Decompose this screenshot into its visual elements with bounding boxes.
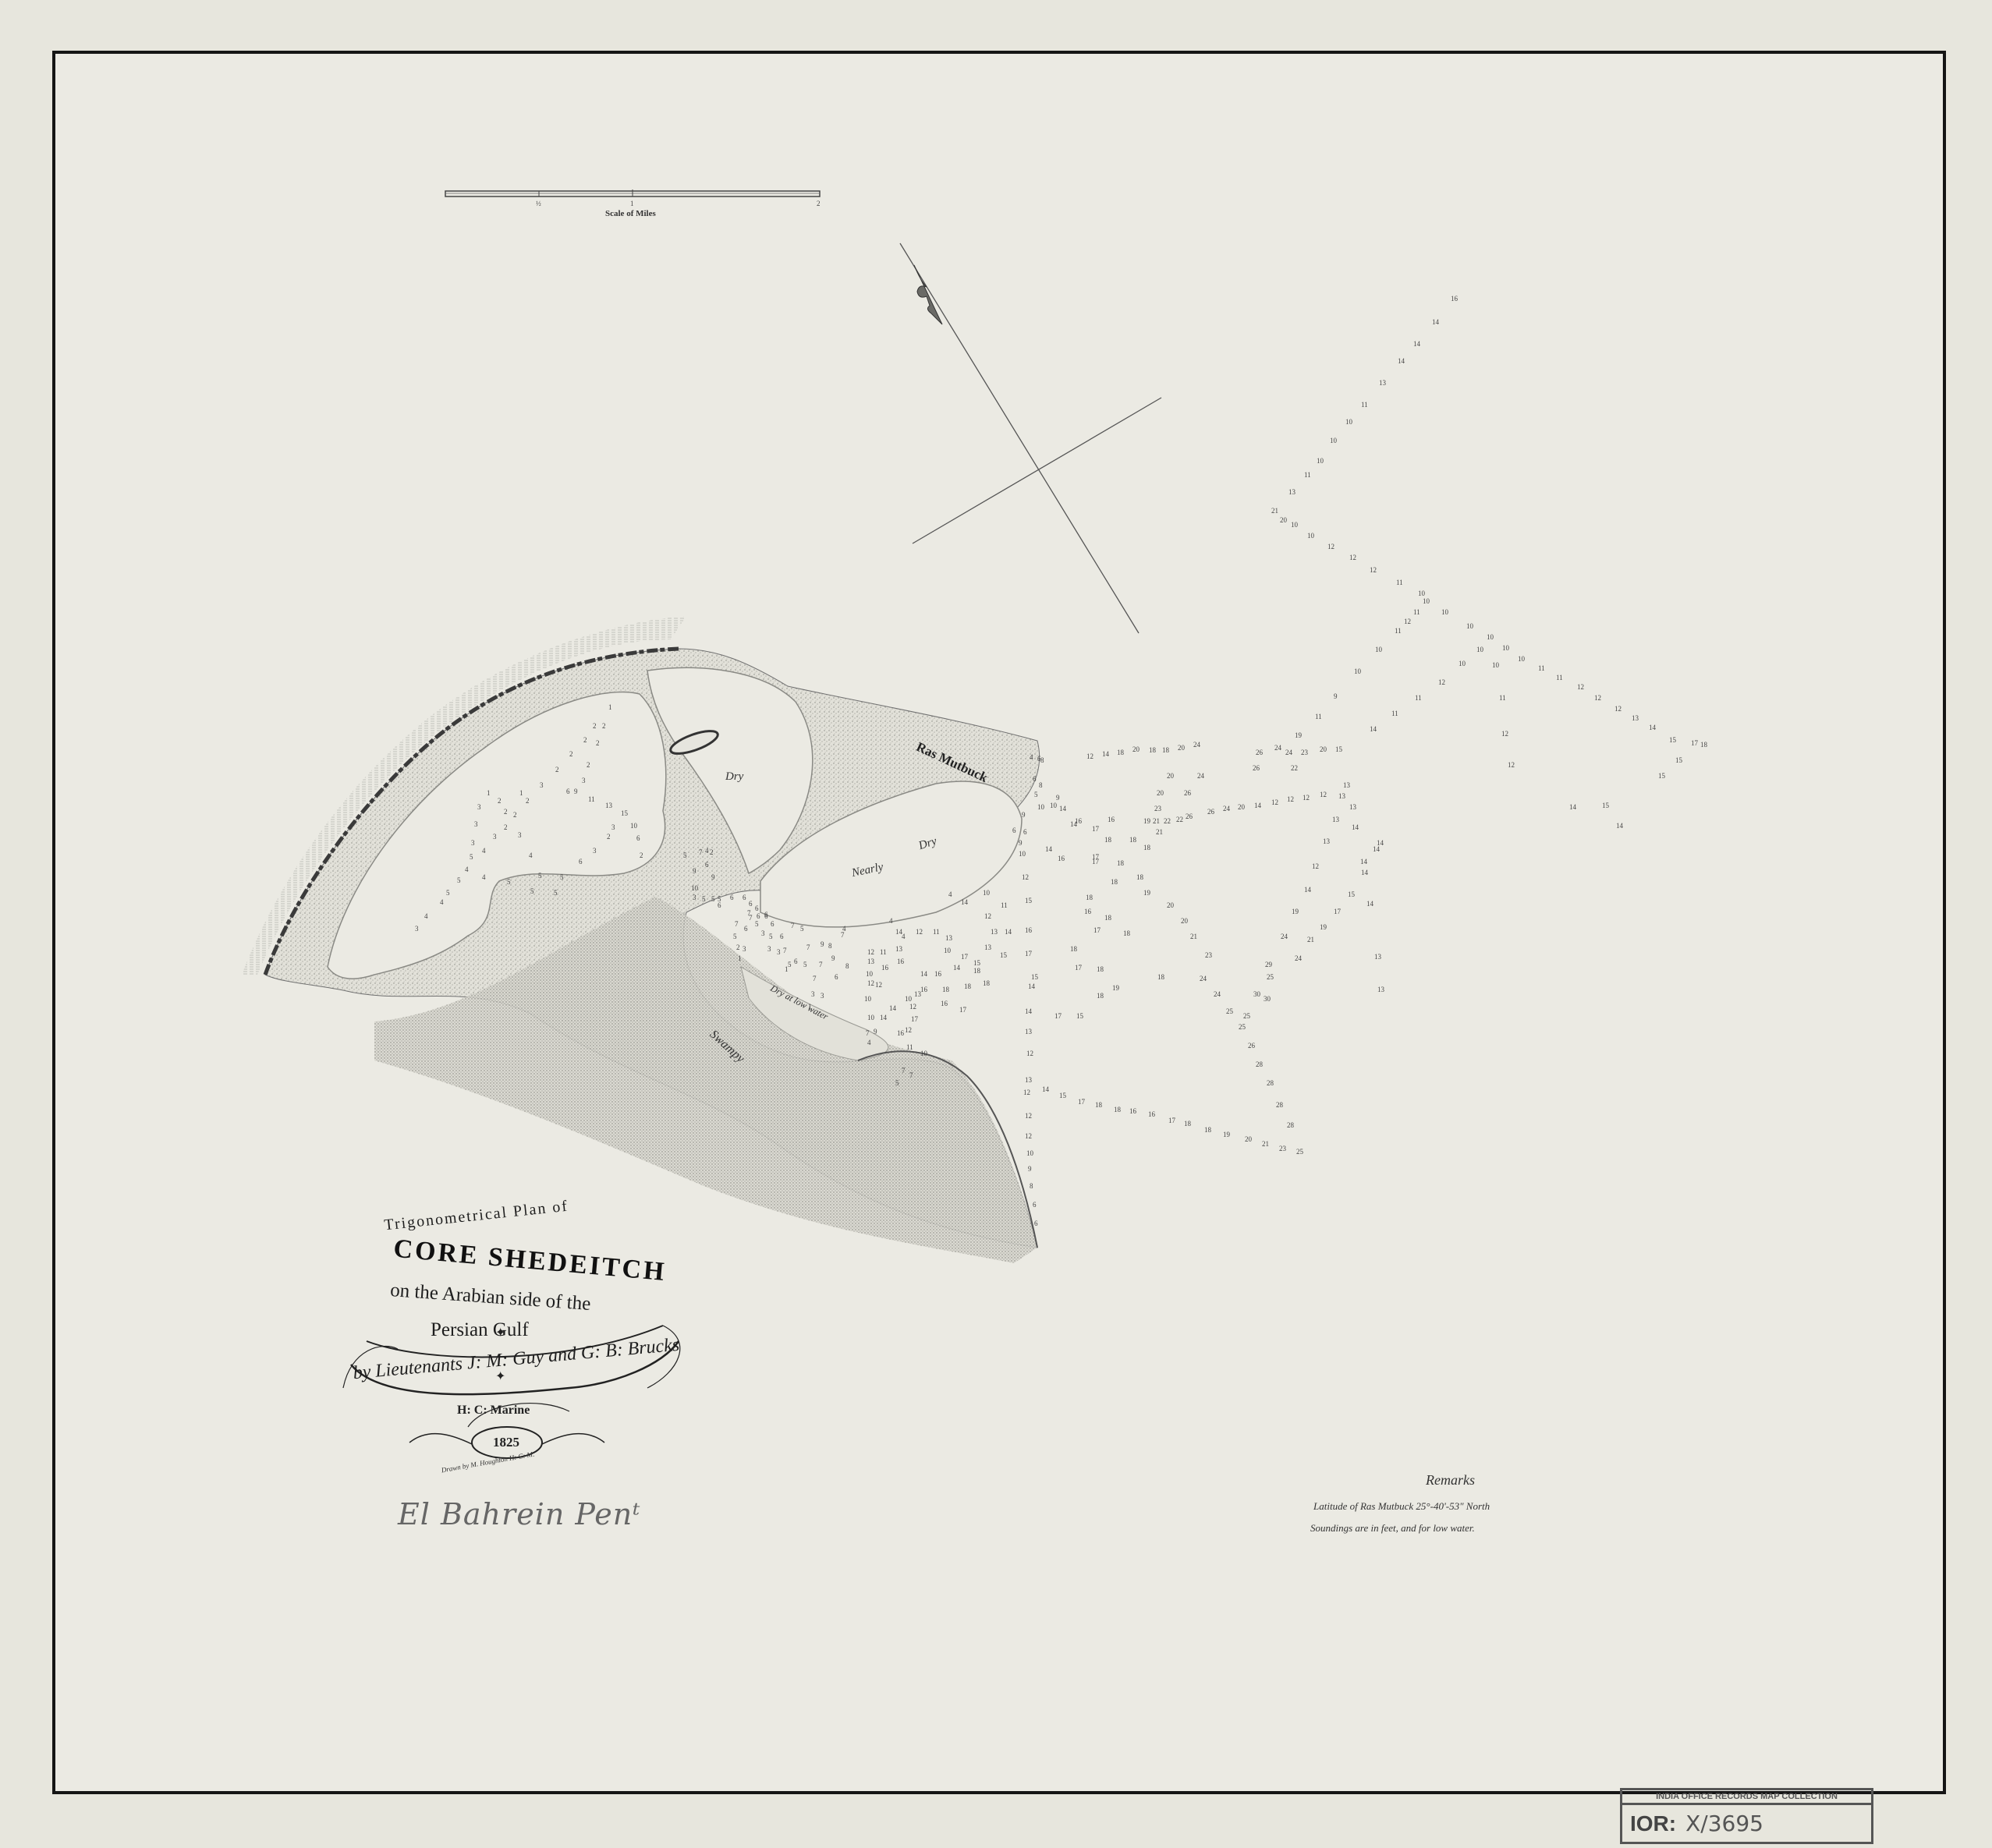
depth-sounding: 16	[1148, 1110, 1155, 1118]
depth-sounding: 8	[828, 942, 832, 950]
svg-text:✦: ✦	[495, 1370, 505, 1383]
depth-sounding: 9	[1028, 1165, 1032, 1173]
depth-sounding: 20	[1167, 901, 1174, 909]
depth-sounding: 3	[761, 929, 765, 937]
depth-sounding: 24	[1295, 954, 1302, 962]
depth-sounding: 11	[1395, 627, 1402, 635]
depth-sounding: 11	[933, 928, 940, 936]
depth-sounding: 3	[540, 781, 544, 789]
depth-sounding: 1	[519, 789, 523, 797]
depth-sounding: 18	[1117, 859, 1124, 867]
depth-sounding: 18	[1095, 1101, 1102, 1109]
depth-sounding: 7	[735, 920, 739, 928]
depth-sounding: 12	[1271, 798, 1278, 806]
depth-sounding: 3	[493, 833, 497, 841]
depth-sounding: 15	[1658, 772, 1665, 780]
depth-sounding: 12	[1086, 752, 1093, 760]
depth-sounding: 10	[1354, 667, 1361, 675]
depth-sounding: 6	[755, 905, 759, 912]
depth-sounding: 12	[1023, 1089, 1030, 1096]
depth-sounding: 14	[1649, 724, 1656, 731]
depth-sounding: 14	[961, 898, 968, 906]
depth-sounding: 18	[1157, 973, 1164, 981]
depth-sounding: 10	[1459, 660, 1466, 667]
depth-sounding: 2	[569, 750, 573, 758]
depth-sounding: 7	[866, 1029, 870, 1037]
depth-sounding: 30	[1264, 995, 1271, 1003]
depth-sounding: 6	[744, 925, 748, 933]
depth-sounding: 25	[1267, 973, 1274, 981]
depth-sounding: 4	[529, 851, 533, 859]
depth-sounding: 1	[487, 789, 491, 797]
depth-sounding: 9	[874, 1028, 877, 1036]
depth-sounding: 14	[1366, 900, 1373, 908]
depth-sounding: 16	[1075, 817, 1082, 825]
depth-sounding: 17	[1168, 1117, 1175, 1124]
depth-sounding: 15	[1059, 1092, 1066, 1099]
depth-sounding: 13	[914, 990, 921, 998]
depth-sounding: 18	[1162, 746, 1169, 754]
depth-sounding: 15	[1031, 973, 1038, 981]
depth-sounding: 10	[691, 884, 698, 892]
depth-sounding: 15	[973, 959, 980, 967]
depth-sounding: 18	[1070, 945, 1077, 953]
depth-sounding: 6	[1023, 828, 1027, 836]
depth-sounding: 11	[1391, 710, 1398, 717]
depth-sounding: 2	[526, 797, 530, 805]
depth-sounding: 7	[806, 943, 810, 951]
depth-sounding: 13	[945, 934, 952, 942]
depth-sounding: 11	[906, 1043, 913, 1051]
depth-sounding: 2	[498, 797, 502, 805]
depth-sounding: 12	[1327, 543, 1334, 551]
depth-sounding: 11	[1304, 471, 1311, 479]
depth-sounding: 12	[1287, 795, 1294, 803]
depth-sounding: 14	[1028, 982, 1035, 990]
depth-sounding: 12	[867, 979, 874, 987]
depth-sounding: 7	[909, 1071, 913, 1079]
depth-sounding: 15	[1000, 951, 1007, 959]
depth-sounding: 12	[1025, 1112, 1032, 1120]
depth-sounding: 10	[864, 995, 871, 1003]
depth-sounding: 25	[1226, 1007, 1233, 1015]
depth-sounding: 11	[1413, 608, 1420, 616]
depth-sounding: 17	[1054, 1012, 1062, 1020]
scale-tick-one: 1	[630, 200, 634, 207]
depth-sounding: 24	[1197, 772, 1204, 780]
depth-sounding: 6	[780, 933, 784, 940]
depth-sounding: 12	[1303, 794, 1310, 802]
depth-sounding: 9	[574, 788, 578, 795]
depth-sounding: 14	[1432, 318, 1439, 326]
depth-sounding: 10	[1487, 633, 1494, 641]
depth-sounding: 14	[889, 1004, 896, 1012]
depth-sounding: 6	[705, 861, 709, 869]
depth-sounding: 10	[866, 970, 873, 978]
depth-sounding: 24	[1285, 749, 1292, 756]
depth-sounding: 3	[415, 925, 419, 933]
depth-sounding: 12	[1370, 566, 1377, 574]
depth-sounding: 17	[1092, 858, 1099, 866]
depth-sounding: 6	[743, 894, 746, 901]
depth-sounding: 10	[905, 995, 912, 1003]
depth-sounding: 21	[1156, 828, 1163, 836]
depth-sounding: 14	[1370, 725, 1377, 733]
depth-sounding: 24	[1223, 805, 1230, 812]
depth-sounding: 28	[1267, 1079, 1274, 1087]
depth-sounding: 10	[983, 889, 990, 897]
depth-sounding: 25	[1296, 1148, 1303, 1156]
depth-sounding: 2	[587, 761, 590, 769]
depth-sounding: 29	[1265, 961, 1272, 968]
depth-sounding: 8	[845, 962, 849, 970]
depth-sounding: 25	[1239, 1023, 1246, 1031]
depth-sounding: 5	[446, 889, 450, 897]
depth-sounding: 17	[1334, 908, 1341, 915]
depth-sounding: 6	[1033, 775, 1037, 783]
depth-sounding: 20	[1245, 1135, 1252, 1143]
depth-sounding: 12	[1320, 791, 1327, 798]
depth-sounding: 26	[1248, 1042, 1255, 1050]
depth-sounding: 12	[1438, 678, 1445, 686]
depth-sounding: 1	[738, 954, 742, 962]
depth-sounding: 3	[821, 992, 824, 1000]
scale-tick-half: ½	[536, 200, 541, 207]
depth-sounding: 18	[964, 982, 971, 990]
depth-sounding: 23	[1154, 805, 1161, 812]
depth-sounding: 12	[867, 948, 874, 956]
depth-sounding: 2	[504, 823, 508, 831]
compass-rose	[900, 243, 1161, 633]
depth-sounding: 13	[1332, 816, 1339, 823]
depth-sounding: 26	[1184, 789, 1191, 797]
depth-sounding: 15	[1025, 897, 1032, 905]
depth-sounding: 18	[1097, 992, 1104, 1000]
depth-sounding: 12	[1025, 1132, 1032, 1140]
depth-sounding: 18	[1143, 844, 1150, 851]
depth-sounding: 7	[813, 975, 817, 982]
depth-sounding: 28	[1287, 1121, 1294, 1129]
depth-sounding: 2	[640, 851, 643, 859]
depth-sounding: 18	[1184, 1120, 1191, 1128]
depth-sounding: 14	[1413, 340, 1420, 348]
depth-sounding: 18	[1097, 965, 1104, 973]
depth-sounding: 15	[1602, 802, 1609, 809]
depth-sounding: 15	[1348, 890, 1355, 898]
depth-sounding: 16	[1129, 1107, 1136, 1115]
depth-sounding: 10	[1317, 457, 1324, 465]
depth-sounding: 2	[710, 848, 714, 856]
depth-sounding: 15	[621, 809, 628, 817]
depth-sounding: 13	[1377, 986, 1384, 993]
depth-sounding: 12	[1501, 730, 1508, 738]
depth-sounding: 14	[895, 928, 902, 936]
depth-sounding: 10	[630, 822, 637, 830]
depth-sounding: 5	[470, 853, 473, 861]
depth-sounding: 1	[808, 1003, 812, 1011]
stamp-prefix: IOR:	[1630, 1811, 1676, 1836]
depth-sounding: 12	[916, 928, 923, 936]
depth-sounding: 16	[1084, 908, 1091, 915]
depth-sounding: 19	[1320, 923, 1327, 931]
depth-sounding: 4	[440, 898, 444, 906]
depth-sounding: 10	[1037, 803, 1044, 811]
depth-sounding: 19	[1292, 908, 1299, 915]
depth-sounding: 13	[867, 958, 874, 965]
depth-sounding: 2	[593, 722, 597, 730]
depth-sounding: 5	[800, 925, 804, 933]
depth-sounding: 5	[457, 876, 461, 884]
depth-sounding: 9	[711, 873, 715, 881]
depth-sounding: 3	[743, 945, 746, 953]
depth-sounding: 10	[1330, 437, 1337, 444]
depth-sounding: 24	[1281, 933, 1288, 940]
depth-sounding: 17	[1093, 926, 1101, 934]
depth-sounding: 9	[1334, 692, 1338, 700]
depth-sounding: 5	[733, 933, 737, 940]
depth-sounding: 14	[1005, 928, 1012, 936]
depth-sounding: 12	[1026, 1050, 1033, 1057]
depth-sounding: 10	[1418, 589, 1425, 597]
depth-sounding: 9	[1022, 811, 1026, 819]
depth-sounding: 14	[1352, 823, 1359, 831]
depth-sounding: 20	[1238, 803, 1245, 811]
depth-sounding: 4	[842, 925, 846, 933]
depth-sounding: 18	[1114, 1106, 1121, 1113]
depth-sounding: 14	[920, 970, 927, 978]
depth-sounding: 4	[1030, 753, 1033, 761]
depth-sounding: 3	[474, 820, 478, 828]
depth-sounding: 24	[1200, 975, 1207, 982]
depth-sounding: 3	[767, 945, 771, 953]
depth-sounding: 10	[1291, 521, 1298, 529]
depth-sounding: 17	[1075, 964, 1082, 972]
depth-sounding: 24	[1193, 741, 1200, 749]
depth-sounding: 5	[702, 895, 706, 903]
depth-sounding: 13	[1323, 837, 1330, 845]
depth-sounding: 21	[1271, 507, 1278, 515]
scale-tick-two: 2	[817, 200, 821, 207]
depth-sounding: 20	[1181, 917, 1188, 925]
depth-sounding: 11	[1538, 664, 1545, 672]
depth-sounding: 3	[693, 894, 696, 901]
scale-bar	[445, 189, 820, 196]
depth-sounding: 12	[1404, 618, 1411, 625]
depth-sounding: 12	[1349, 554, 1356, 561]
depth-sounding: 20	[1132, 745, 1140, 753]
depth-sounding: 9	[831, 954, 835, 962]
depth-sounding: 15	[1076, 1012, 1083, 1020]
depth-sounding: 5	[1034, 791, 1038, 798]
depth-sounding: 18	[1104, 914, 1111, 922]
depth-sounding: 6	[794, 958, 798, 965]
depth-sounding: 3	[777, 948, 781, 956]
depth-sounding: 26	[1253, 764, 1260, 772]
area-label-dry: Dry	[725, 770, 743, 784]
depth-sounding: 5	[683, 851, 687, 859]
depth-sounding: 6	[757, 912, 760, 920]
depth-sounding: 11	[588, 795, 595, 803]
depth-sounding: 3	[582, 777, 586, 784]
depth-sounding: 19	[1295, 731, 1302, 739]
depth-sounding: 14	[1398, 357, 1405, 365]
depth-sounding: 18	[1117, 749, 1124, 756]
depth-sounding: 6	[730, 894, 734, 901]
depth-sounding: 4	[482, 847, 486, 855]
depth-sounding: 2	[583, 736, 587, 744]
depth-sounding: 14	[1361, 869, 1368, 876]
depth-sounding: 5	[507, 878, 511, 886]
svg-text:✦: ✦	[495, 1326, 505, 1340]
depth-sounding: 6	[636, 834, 640, 842]
depth-sounding: 13	[1288, 488, 1296, 496]
depth-sounding: 23	[1205, 951, 1212, 959]
depth-sounding: 19	[1112, 984, 1119, 992]
depth-sounding: 10	[1423, 597, 1430, 605]
depth-sounding: 17	[959, 1006, 966, 1014]
depth-sounding: 5	[755, 920, 759, 928]
depth-sounding: 6	[718, 901, 721, 909]
depth-sounding: 13	[1349, 803, 1356, 811]
depth-sounding: 16	[1451, 295, 1458, 303]
depth-sounding: 9	[821, 940, 824, 948]
depth-sounding: 11	[1556, 674, 1563, 681]
depth-sounding: 3	[471, 839, 475, 847]
depth-sounding: 3	[593, 847, 597, 855]
depth-sounding: 7	[819, 961, 823, 968]
handwritten-annotation: El Bahrein Penᵗ	[398, 1497, 641, 1531]
depth-sounding: 10	[1345, 418, 1352, 426]
depth-sounding: 16	[881, 964, 888, 972]
depth-sounding: 7	[902, 1067, 906, 1074]
depth-sounding: 8	[1030, 1182, 1033, 1190]
depth-sounding: 7	[699, 848, 703, 856]
depth-sounding: 13	[605, 802, 612, 809]
depth-sounding: 10	[1502, 644, 1509, 652]
depth-sounding: 2	[596, 739, 600, 747]
depth-sounding: 28	[1256, 1060, 1263, 1068]
depth-sounding: 18	[1104, 836, 1111, 844]
depth-sounding: 16	[934, 970, 941, 978]
depth-sounding: 4	[889, 917, 893, 925]
depth-sounding: 10	[1307, 532, 1314, 540]
depth-sounding: 5	[803, 961, 807, 968]
depth-sounding: 10	[944, 947, 951, 954]
depth-sounding: 11	[1499, 694, 1506, 702]
cartouche-year: 1825	[493, 1435, 519, 1450]
depth-sounding: 14	[1254, 802, 1261, 809]
depth-sounding: 22	[1164, 817, 1171, 825]
depth-sounding: 2	[607, 833, 611, 841]
depth-sounding: 17	[961, 953, 968, 961]
depth-sounding: 12	[1022, 873, 1029, 881]
depth-sounding: 3	[611, 823, 615, 831]
depth-sounding: 13	[895, 945, 902, 953]
library-stamp: INDIA OFFICE RECORDS MAP COLLECTION IOR:…	[1620, 1788, 1873, 1844]
depth-sounding: 20	[1167, 772, 1174, 780]
depth-sounding: 21	[1190, 933, 1197, 940]
depth-sounding: 20	[1157, 789, 1164, 797]
depth-sounding: 17	[1691, 739, 1698, 747]
depth-sounding: 7	[791, 922, 795, 929]
depth-sounding: 5	[554, 889, 558, 897]
depth-sounding: 18	[1700, 741, 1707, 749]
depth-sounding: 6	[1012, 827, 1016, 834]
depth-sounding: 10	[1476, 646, 1483, 653]
depth-sounding: 18	[1129, 836, 1136, 844]
depth-sounding: 5	[538, 872, 542, 880]
depth-sounding: 5	[895, 1079, 899, 1087]
depth-sounding: 19	[1223, 1131, 1230, 1138]
depth-sounding: 12	[1594, 694, 1601, 702]
depth-sounding: 24	[1274, 744, 1281, 752]
depth-sounding: 12	[905, 1026, 912, 1034]
depth-sounding: 10	[920, 1050, 927, 1057]
depth-sounding: 10	[1050, 802, 1057, 809]
depth-sounding: 7	[747, 909, 751, 917]
depth-sounding: 23	[1279, 1145, 1286, 1152]
depth-sounding: 18	[1149, 746, 1156, 754]
depth-sounding: 10	[1518, 655, 1525, 663]
depth-sounding: 12	[909, 1003, 916, 1011]
depth-sounding: 3	[477, 803, 481, 811]
depth-sounding: 14	[1045, 845, 1052, 853]
depth-sounding: 3	[811, 990, 815, 998]
depth-sounding: 6	[835, 973, 838, 981]
depth-sounding: 21	[1262, 1140, 1269, 1148]
depth-sounding: 13	[1632, 714, 1639, 722]
depth-sounding: 15	[1675, 756, 1682, 764]
depth-sounding: 1	[608, 703, 612, 711]
depth-sounding: 12	[1508, 761, 1515, 769]
depth-sounding: 5	[711, 895, 715, 903]
depth-sounding: 26	[1207, 808, 1214, 816]
depth-sounding: 14	[1025, 1007, 1032, 1015]
depth-sounding: 23	[1301, 749, 1308, 756]
depth-sounding: 14	[1569, 803, 1576, 811]
depth-sounding: 6	[749, 900, 753, 908]
depth-sounding: 16	[1058, 855, 1065, 862]
depth-sounding: 11	[1315, 713, 1322, 720]
remarks-heading: Remarks	[1426, 1472, 1475, 1489]
depth-sounding: 10	[1492, 661, 1499, 669]
depth-sounding: 2	[555, 766, 559, 774]
depth-sounding: 5	[560, 873, 564, 881]
cartouche-service: H: C: Marine	[457, 1404, 530, 1418]
depth-sounding: 17	[1092, 825, 1099, 833]
depth-sounding: 18	[1204, 1126, 1211, 1134]
depth-sounding: 16	[897, 1029, 904, 1037]
depth-sounding: 18	[1111, 878, 1118, 886]
scale-bar-label: Scale of Miles	[605, 209, 656, 218]
remarks-soundings-note: Soundings are in feet, and for low water…	[1310, 1522, 1475, 1535]
depth-sounding: 28	[1276, 1101, 1283, 1109]
depth-sounding: 24	[1214, 990, 1221, 998]
depth-sounding: 9	[1056, 794, 1060, 802]
depth-sounding: 18	[1086, 894, 1093, 901]
stamp-header: INDIA OFFICE RECORDS MAP COLLECTION	[1622, 1790, 1871, 1805]
depth-sounding: 16	[941, 1000, 948, 1007]
depth-sounding: 10	[867, 1014, 874, 1021]
depth-sounding: 4	[465, 866, 469, 873]
depth-sounding: 6	[764, 912, 768, 920]
depth-sounding: 20	[1178, 744, 1185, 752]
depth-sounding: 17	[1025, 950, 1032, 958]
depth-sounding: 18	[973, 967, 980, 975]
depth-sounding: 15	[1335, 745, 1342, 753]
depth-sounding: 10	[1466, 622, 1473, 630]
depth-sounding: 11	[1001, 901, 1008, 909]
